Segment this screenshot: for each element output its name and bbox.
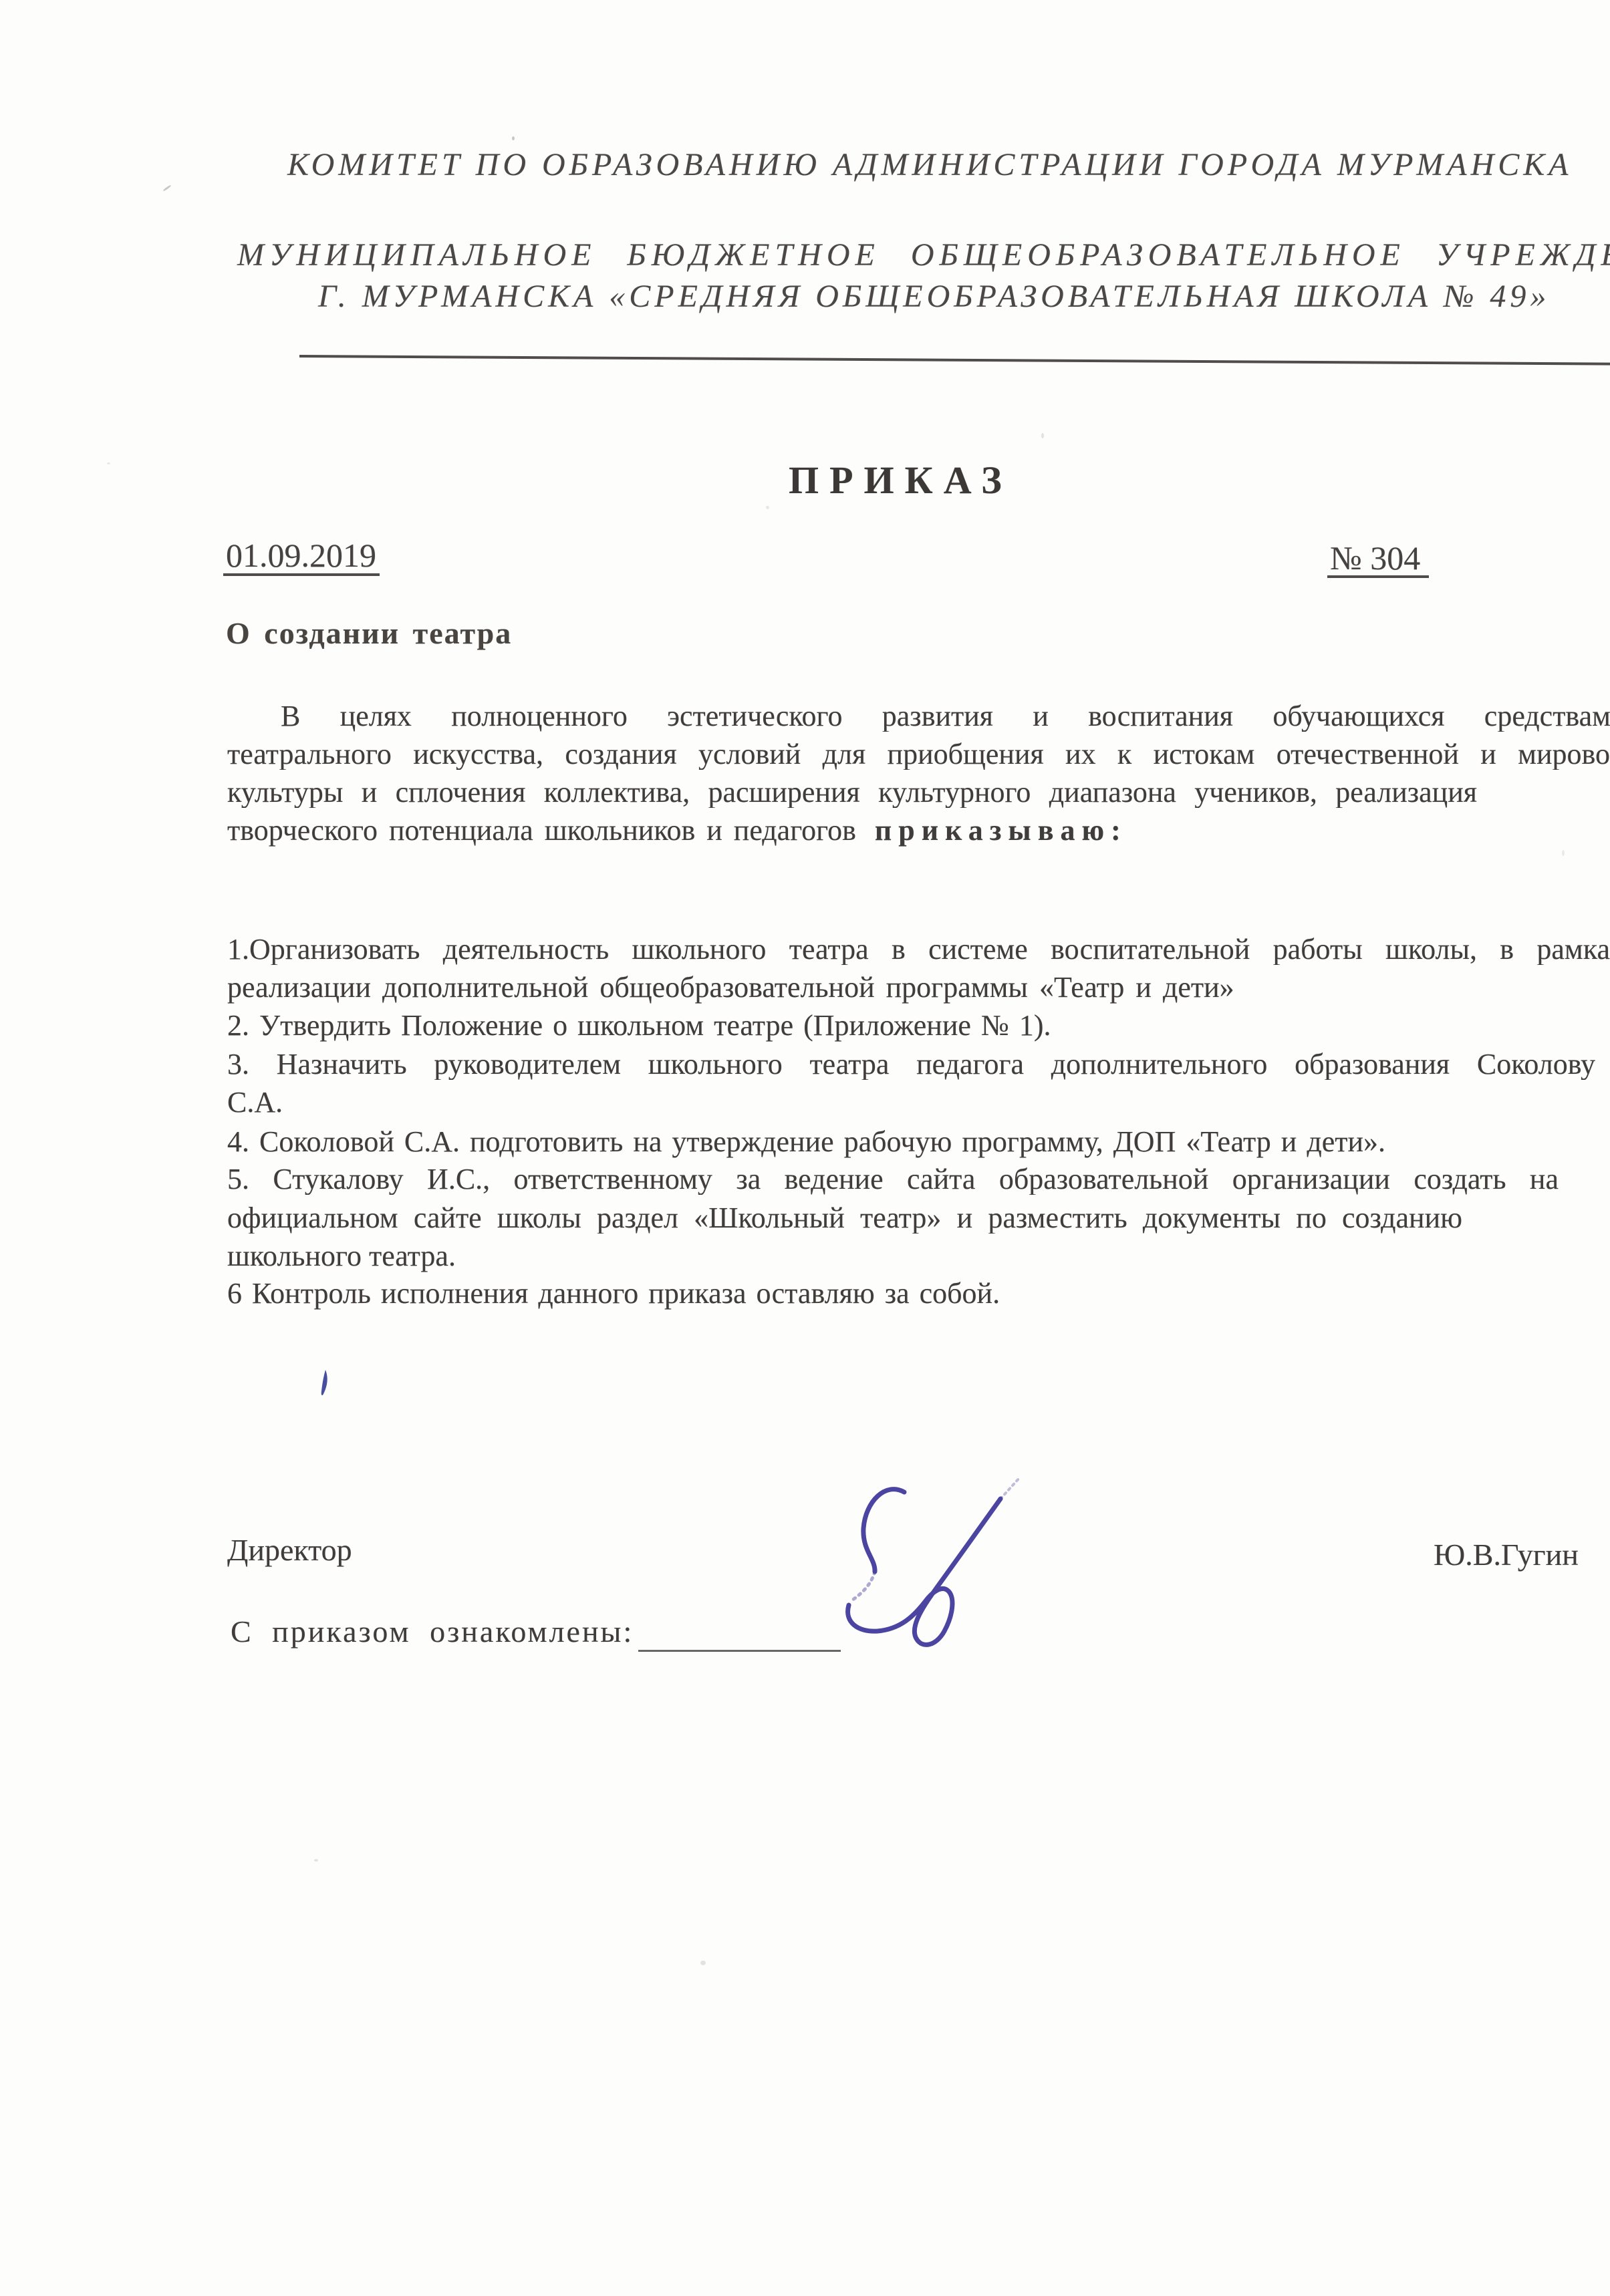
- preamble-line-3: культуры и сплочения коллектива, расшире…: [227, 777, 1477, 808]
- order-title: ПРИКАЗ: [789, 460, 1013, 501]
- order-number-underline: [1327, 575, 1429, 578]
- ink-mark: [314, 1365, 338, 1402]
- scan-noise-speck: [1041, 433, 1044, 438]
- scan-noise-speck: [700, 1961, 706, 1965]
- order-item-line: 3. Назначить руководителем школьного теа…: [227, 1049, 1595, 1080]
- order-item-line: С.А.: [227, 1087, 283, 1118]
- order-item-line: 4. Соколовой С.А. подготовить на утвержд…: [227, 1127, 1385, 1157]
- order-subject: О создании театра: [226, 617, 512, 650]
- preamble-line-2: театрального искусства, создания условий…: [227, 739, 1610, 770]
- letterhead-committee-name: КОМИТЕТ ПО ОБРАЗОВАНИЮ АДМИНИСТРАЦИИ ГОР…: [287, 148, 1572, 182]
- order-item-line: официальном сайте школы раздел «Школьный…: [227, 1203, 1462, 1234]
- order-item-line: 1.Организовать деятельность школьного те…: [227, 934, 1610, 965]
- signer-name: Ю.В.Гугин: [1434, 1539, 1579, 1571]
- document-scan: КОМИТЕТ ПО ОБРАЗОВАНИЮ АДМИНИСТРАЦИИ ГОР…: [0, 0, 1610, 2296]
- preamble-line-4-text: творческого потенциала школьников и педа…: [227, 814, 856, 847]
- preamble-line-4: творческого потенциала школьников и педа…: [227, 815, 1127, 846]
- order-item-line: школьного театра.: [227, 1241, 456, 1272]
- order-item-line: 5. Стукалову И.С., ответственному за вед…: [227, 1164, 1559, 1195]
- decree-keyword: приказываю:: [875, 814, 1127, 847]
- letterhead-divider-rule: [299, 355, 1610, 365]
- scan-noise-speck: [512, 136, 515, 140]
- scan-noise-speck: [1562, 850, 1565, 856]
- director-signature: [835, 1467, 1063, 1664]
- director-label: Директор: [227, 1534, 352, 1566]
- scan-noise-speck: [162, 184, 171, 191]
- preamble-line-1: В целях полноценного эстетического разви…: [281, 701, 1610, 732]
- scanned-order-page: { "page": { "background": "#fdfdfb", "te…: [0, 0, 1610, 2296]
- order-item-line: реализации дополнительной общеобразовате…: [227, 972, 1234, 1003]
- acknowledgement-label: С приказом ознакомлены:: [231, 1616, 634, 1648]
- order-item-line: 6 Контроль исполнения данного приказа ос…: [227, 1278, 1000, 1309]
- order-date-underline: [223, 573, 380, 576]
- scan-noise-speck: [766, 506, 769, 509]
- order-item-line: 2. Утвердить Положение о школьном театре…: [227, 1010, 1051, 1041]
- letterhead-school-name-line2: Г. МУРМАНСКА «СРЕДНЯЯ ОБЩЕОБРАЗОВАТЕЛЬНА…: [318, 280, 1550, 313]
- order-date: 01.09.2019: [226, 538, 376, 573]
- acknowledgement-signature-line: [638, 1650, 841, 1652]
- order-number: № 304: [1330, 541, 1420, 576]
- letterhead-school-name-line1: МУНИЦИПАЛЬНОЕ БЮДЖЕТНОЕ ОБЩЕОБРАЗОВАТЕЛЬ…: [237, 239, 1610, 272]
- scan-noise-speck: [314, 1859, 318, 1862]
- scan-noise-speck: [107, 462, 110, 464]
